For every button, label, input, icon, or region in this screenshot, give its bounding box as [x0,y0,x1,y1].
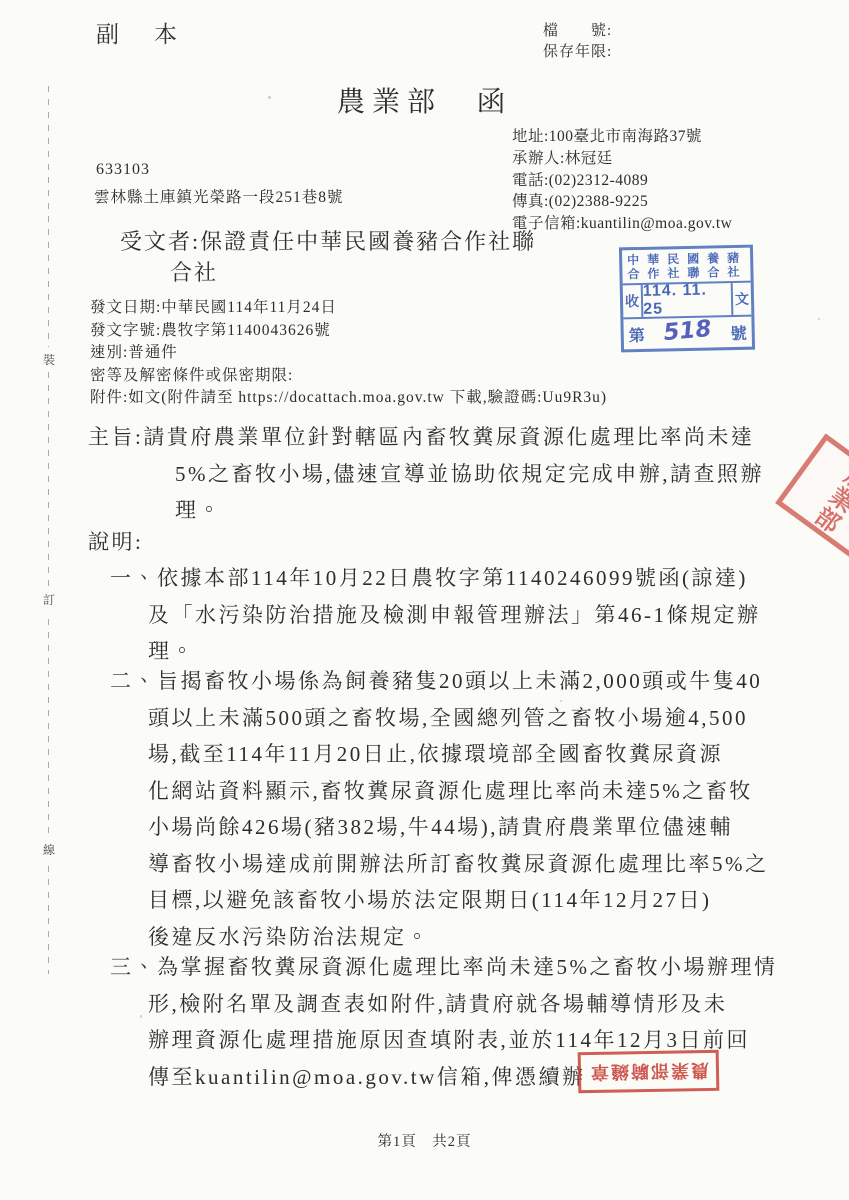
text-line: 及「水污染防治措施及檢測申報管理辦法」第46-1條規定辦 [110,597,761,634]
text-line: 主旨:請貴府農業單位針對轄區內畜牧糞尿資源化處理比率尚未達 [88,419,764,456]
text-line: 5%之畜牧小場,儘速宣導並協助依規定完成申辦,請查照辦 [88,456,764,493]
sender-contact-block: 地址:100臺北市南海路37號承辦人:林冠廷電話:(02)2312-4089傳真… [512,126,732,235]
text-line: 場,截至114年11月20日止,依據環境部全國畜牧糞尿資源 [110,736,769,773]
text-line: 電子信箱:kuantilin@moa.gov.tw [512,213,732,235]
text-line: 速別:普通件 [90,342,607,365]
text-line: 地址:100臺北市南海路37號 [512,126,732,148]
subject-paragraph: 主旨:請貴府農業單位針對轄區內畜牧糞尿資源化處理比率尚未達5%之畜牧小場,儘速宣… [88,419,764,529]
text-line: 導畜牧小場達成前開辦法所訂畜牧糞尿資源化處理比率5%之 [110,846,769,883]
scan-speckle [268,96,271,99]
recipient-block: 受文者:保證責任中華民國養豬合作社聯 合社 [120,226,536,288]
recipient-line: 受文者:保證責任中華民國養豬合作社聯 [120,226,536,257]
text-line: 三、為掌握畜牧糞尿資源化處理比率尚未達5%之畜牧小場辦理情 [110,949,778,986]
document-title: 農業部 函 [0,80,849,120]
received-stamp-number-handwritten: 518 [644,314,732,348]
binding-mark-xian: 線 [41,837,57,862]
retention-period-label: 保存年限: [543,42,612,63]
received-stamp-receive-char: 收 [623,285,644,317]
recipient-line: 合社 [120,257,536,288]
recipient-postal-code: 633103 [96,161,150,179]
file-number-block: 檔 號: 保存年限: [543,21,612,63]
agency-crosspage-seal-text: 農業部騎縫章 [588,1057,708,1085]
file-number-label: 檔 號: [543,21,612,42]
received-stamp-number-row: 第 518 號 [623,317,752,350]
received-stamp-number-suffix: 號 [730,320,746,343]
text-line: 二、旨揭畜牧小場係為飼養豬隻20頭以上未滿2,000頭或牛隻40 [110,663,769,700]
agency-crosspage-seal: 農業部騎縫章 [578,1050,720,1093]
received-stamp-date-row: 收 114. 11. 25 文 [623,283,752,320]
scanned-official-letter: 裝 訂 線 副 本 檔 號: 保存年限: 農業部 函 地址:100臺北市南海路3… [0,0,849,1200]
recipient-address: 雲林縣土庫鎮光榮路一段251巷8號 [94,185,344,207]
received-stamp-org: 中華民國養豬 合作社聯合社 [622,248,751,286]
text-line: 頭以上未滿500頭之畜牧場,全國總列管之畜牧小場逾4,500 [110,700,769,737]
text-line: 理。 [88,492,764,529]
text-line: 傳真:(02)2388-9225 [512,191,732,213]
text-line: 小場尚餘426場(豬382場,牛44場),請貴府農業單位儘速輔 [110,809,769,846]
agency-seal-partial: 農業部 [775,433,849,560]
text-line: 附件:如文(附件請至 https://docattach.moa.gov.tw … [90,387,607,410]
received-stamp-date: 114. 11. 25 [643,283,732,317]
text-line: 發文日期:中華民國114年11月24日 [90,297,607,320]
text-line: 承辦人:林冠廷 [512,148,732,170]
binding-mark-zhuang: 裝 [41,347,57,372]
explanation-heading: 說明: [88,524,143,560]
text-line: 化網站資料顯示,畜牧糞尿資源化處理比率尚未達5%之畜牧 [110,773,769,810]
text-line: 電話:(02)2312-4089 [512,170,732,192]
text-line: 形,檢附名單及調查表如附件,請貴府就各場輔導情形及未 [110,986,778,1023]
explanation-item-1: 一、依據本部114年10月22日農牧字第1140246099號函(諒達)及「水污… [110,560,761,670]
received-stamp-doc-char: 文 [731,283,752,315]
text-line: 密等及解密條件或保密期限: [90,365,607,388]
explanation-item-2: 二、旨揭畜牧小場係為飼養豬隻20頭以上未滿2,000頭或牛隻40頭以上未滿500… [110,663,769,955]
scan-speckle [140,1015,142,1018]
received-stamp: 中華民國養豬 合作社聯合社 收 114. 11. 25 文 第 518 號 [619,245,755,353]
text-line: 發文字號:農牧字第1140043626號 [90,320,607,343]
received-stamp-number-prefix: 第 [628,322,644,345]
document-meta-block: 發文日期:中華民國114年11月24日發文字號:農牧字第1140043626號速… [90,297,607,410]
scan-speckle [560,700,562,702]
copy-label: 副 本 [96,16,183,49]
text-line: 目標,以避免該畜牧小場於法定限期日(114年12月27日) [110,882,769,919]
page-indicator: 第1頁 共2頁 [0,1130,849,1151]
binding-mark-ding: 訂 [41,587,57,612]
scan-speckle [818,318,820,320]
received-stamp-org-row: 合作社聯合社 [627,265,745,281]
agency-seal-text: 農業部 [807,459,849,535]
text-line: 一、依據本部114年10月22日農牧字第1140246099號函(諒達) [110,560,761,597]
